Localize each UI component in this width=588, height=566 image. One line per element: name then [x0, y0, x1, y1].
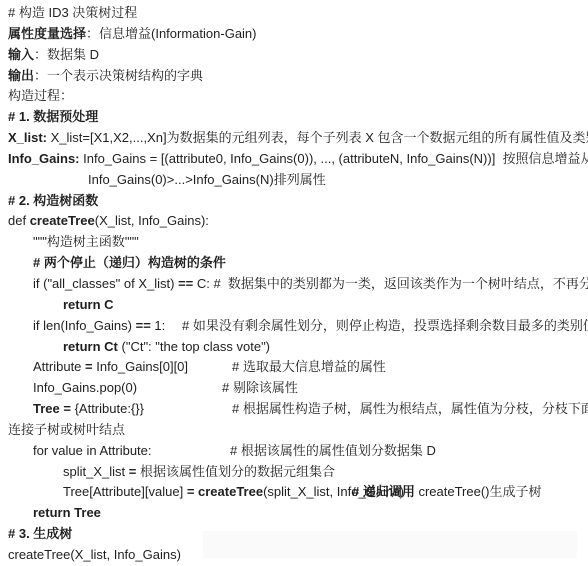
comment-segment: # 选取最大信息增益的属性 [232, 359, 386, 374]
inline-comment: # 如果没有剩余属性划分，则停止构造，投票选择剩余数目最多的类别值 [182, 316, 588, 337]
code-text: if ("all_classes" of X_list) == C: # 数据集… [33, 276, 588, 291]
code-text: return Ct ("Ct": "the top class vote") [63, 339, 270, 354]
inline-comment: # 根据该属性的属性值划分数据集 D [230, 441, 436, 462]
code-line: Tree[Attribute][value] = createTree(spli… [0, 482, 588, 503]
code-segment: ：一个表示决策树结构的字典 [34, 68, 203, 83]
code-text: 属性度量选择：信息增益(Information-Gain) [8, 26, 257, 41]
code-segment: X_list: [8, 130, 47, 145]
code-line: # 两个停止（递归）构造树的条件 [0, 253, 588, 274]
code-segment: # 构造 ID3 决策树过程 [8, 5, 137, 20]
code-segment: Info_Gains(0)>...>Info_Gains(N)排列属性 [88, 172, 326, 187]
code-segment: # 2. 构造树函数 [8, 193, 98, 208]
code-line: if ("all_classes" of X_list) == C: # 数据集… [0, 274, 588, 295]
inline-comment: # 递归调用 createTree()生成子树 [352, 482, 542, 503]
code-segment: if ("all_classes" of X_list) [33, 276, 178, 291]
code-text: Attribute = Info_Gains[0][0] [33, 359, 188, 374]
code-text: Tree = {Attribute:{}} [33, 401, 144, 416]
code-segment: 输入 [8, 47, 34, 62]
comment-segment: # 根据该属性的属性值划分数据集 D [230, 443, 436, 458]
code-text: 连接子树或树叶结点 [8, 422, 125, 437]
code-segment: createTree [30, 213, 95, 228]
code-segment: {Attribute:{}} [71, 401, 144, 416]
code-text: 构造过程： [8, 88, 73, 103]
code-text: for value in Attribute: [33, 443, 152, 458]
code-segment: 构造过程： [8, 88, 73, 103]
inline-comment: # 选取最大信息增益的属性 [232, 357, 386, 378]
code-segment: 1: [151, 318, 165, 333]
code-text: Info_Gains.pop(0) [33, 380, 137, 395]
code-segment: """构造树主函数""" [33, 234, 139, 249]
code-line: # 1. 数据预处理 [0, 107, 588, 128]
code-segment: def [8, 213, 30, 228]
code-line: for value in Attribute:# 根据该属性的属性值划分数据集 … [0, 441, 588, 462]
document-page: # 构造 ID3 决策树过程属性度量选择：信息增益(Information-Ga… [0, 0, 588, 566]
inline-comment: # 剔除该属性 [222, 378, 298, 399]
code-segment: X_list=[X1,X2,...,Xn]为数据集的元组列表，每个子列表 X 包… [47, 130, 588, 145]
code-segment: 输出 [8, 68, 34, 83]
code-segment: ：数据集 D [34, 47, 99, 62]
comment-segment: createTree()生成子树 [415, 484, 542, 499]
inline-comment: # 根据属性构造子树，属性为根结点，属性值为分枝，分枝下面 [232, 399, 588, 420]
code-line: 输出：一个表示决策树结构的字典 [0, 66, 588, 87]
code-segment: == [136, 318, 151, 333]
code-line: return C [0, 295, 588, 316]
code-line: X_list: X_list=[X1,X2,...,Xn]为数据集的元组列表，每… [0, 128, 588, 149]
code-segment: Attribute [33, 359, 85, 374]
code-segment: C: # 数据集中的类别都为一类，返回该类作为一个树叶结点，不再分枝 [193, 276, 588, 291]
code-text: """构造树主函数""" [33, 234, 139, 249]
code-segment: # 1. 数据预处理 [8, 109, 98, 124]
code-line: Info_Gains: Info_Gains = [(attribute0, I… [0, 149, 588, 170]
code-segment: for value in Attribute: [33, 443, 152, 458]
code-segment: (X_list, Info_Gains): [95, 213, 209, 228]
code-segment: return Ct [63, 339, 118, 354]
code-text: split_X_list = 根据该属性值划分的数据元组集合 [63, 464, 335, 479]
code-segment: Info_Gains = [(attribute0, Info_Gains(0)… [80, 151, 588, 166]
code-line: def createTree(X_list, Info_Gains): [0, 211, 588, 232]
code-segment: # 3. 生成树 [8, 526, 72, 541]
code-text: # 1. 数据预处理 [8, 109, 98, 124]
code-line: Info_Gains(0)>...>Info_Gains(N)排列属性 [0, 170, 588, 191]
code-text: Info_Gains: Info_Gains = [(attribute0, I… [8, 151, 588, 166]
code-line: return Tree [0, 503, 588, 524]
code-segment: = createTree [187, 484, 263, 499]
comment-segment: # 如果没有剩余属性划分，则停止构造，投票选择剩余数目最多的类别值 [182, 318, 588, 333]
comment-segment: # 递归调用 [352, 484, 415, 499]
code-line: Tree = {Attribute:{}}# 根据属性构造子树，属性为根结点，属… [0, 399, 588, 420]
code-line: Info_Gains.pop(0)# 剔除该属性 [0, 378, 588, 399]
code-text: 输入：数据集 D [8, 47, 99, 62]
code-segment: ("Ct": "the top class vote") [118, 339, 270, 354]
code-text: # 3. 生成树 [8, 526, 72, 541]
code-segment: Tree = [33, 401, 71, 416]
code-line: # 2. 构造树函数 [0, 191, 588, 212]
code-segment: return C [63, 297, 114, 312]
code-text: # 2. 构造树函数 [8, 193, 98, 208]
code-segment: == [178, 276, 193, 291]
code-line: return Ct ("Ct": "the top class vote") [0, 337, 588, 358]
code-line: Attribute = Info_Gains[0][0]# 选取最大信息增益的属… [0, 357, 588, 378]
comment-segment: # 剔除该属性 [222, 380, 298, 395]
code-segment: split_X_list [63, 464, 129, 479]
code-segment: Info_Gains: [8, 151, 80, 166]
code-line: 属性度量选择：信息增益(Information-Gain) [0, 24, 588, 45]
code-segment: 连接子树或树叶结点 [8, 422, 125, 437]
code-line: 连接子树或树叶结点 [0, 420, 588, 441]
code-segment: 属性度量选择 [8, 26, 86, 41]
code-text: def createTree(X_list, Info_Gains): [8, 213, 209, 228]
code-text: Info_Gains(0)>...>Info_Gains(N)排列属性 [88, 172, 326, 187]
code-text: return Tree [33, 505, 101, 520]
code-segment: Info_Gains[0][0] [93, 359, 188, 374]
comment-segment: # 根据属性构造子树，属性为根结点，属性值为分枝，分枝下面 [232, 401, 588, 416]
code-segment: Info_Gains.pop(0) [33, 380, 137, 395]
code-segment: createTree(X_list, Info_Gains) [8, 547, 181, 562]
code-text: # 构造 ID3 决策树过程 [8, 5, 137, 20]
code-line: """构造树主函数""" [0, 232, 588, 253]
code-text: return C [63, 297, 114, 312]
code-line: # 构造 ID3 决策树过程 [0, 3, 588, 24]
code-text: 输出：一个表示决策树结构的字典 [8, 68, 203, 83]
code-segment: Tree[Attribute][value] [63, 484, 187, 499]
background-artifact [203, 531, 577, 558]
code-line: if len(Info_Gains) == 1:# 如果没有剩余属性划分，则停止… [0, 316, 588, 337]
code-segment: return Tree [33, 505, 101, 520]
code-segment: # 两个停止（递归）构造树的条件 [33, 255, 226, 270]
code-text: X_list: X_list=[X1,X2,...,Xn]为数据集的元组列表，每… [8, 130, 588, 145]
code-line: 构造过程： [0, 86, 588, 107]
code-line: 输入：数据集 D [0, 45, 588, 66]
code-listing: # 构造 ID3 决策树过程属性度量选择：信息增益(Information-Ga… [0, 3, 588, 566]
code-text: createTree(X_list, Info_Gains) [8, 547, 181, 562]
code-text: if len(Info_Gains) == 1: [33, 318, 165, 333]
code-line: split_X_list = 根据该属性值划分的数据元组集合 [0, 462, 588, 483]
code-segment: = [85, 359, 93, 374]
code-text: # 两个停止（递归）构造树的条件 [33, 255, 226, 270]
code-segment: ：信息增益(Information-Gain) [86, 26, 256, 41]
code-segment: 根据该属性值划分的数据元组集合 [136, 464, 335, 479]
code-segment: if len(Info_Gains) [33, 318, 136, 333]
